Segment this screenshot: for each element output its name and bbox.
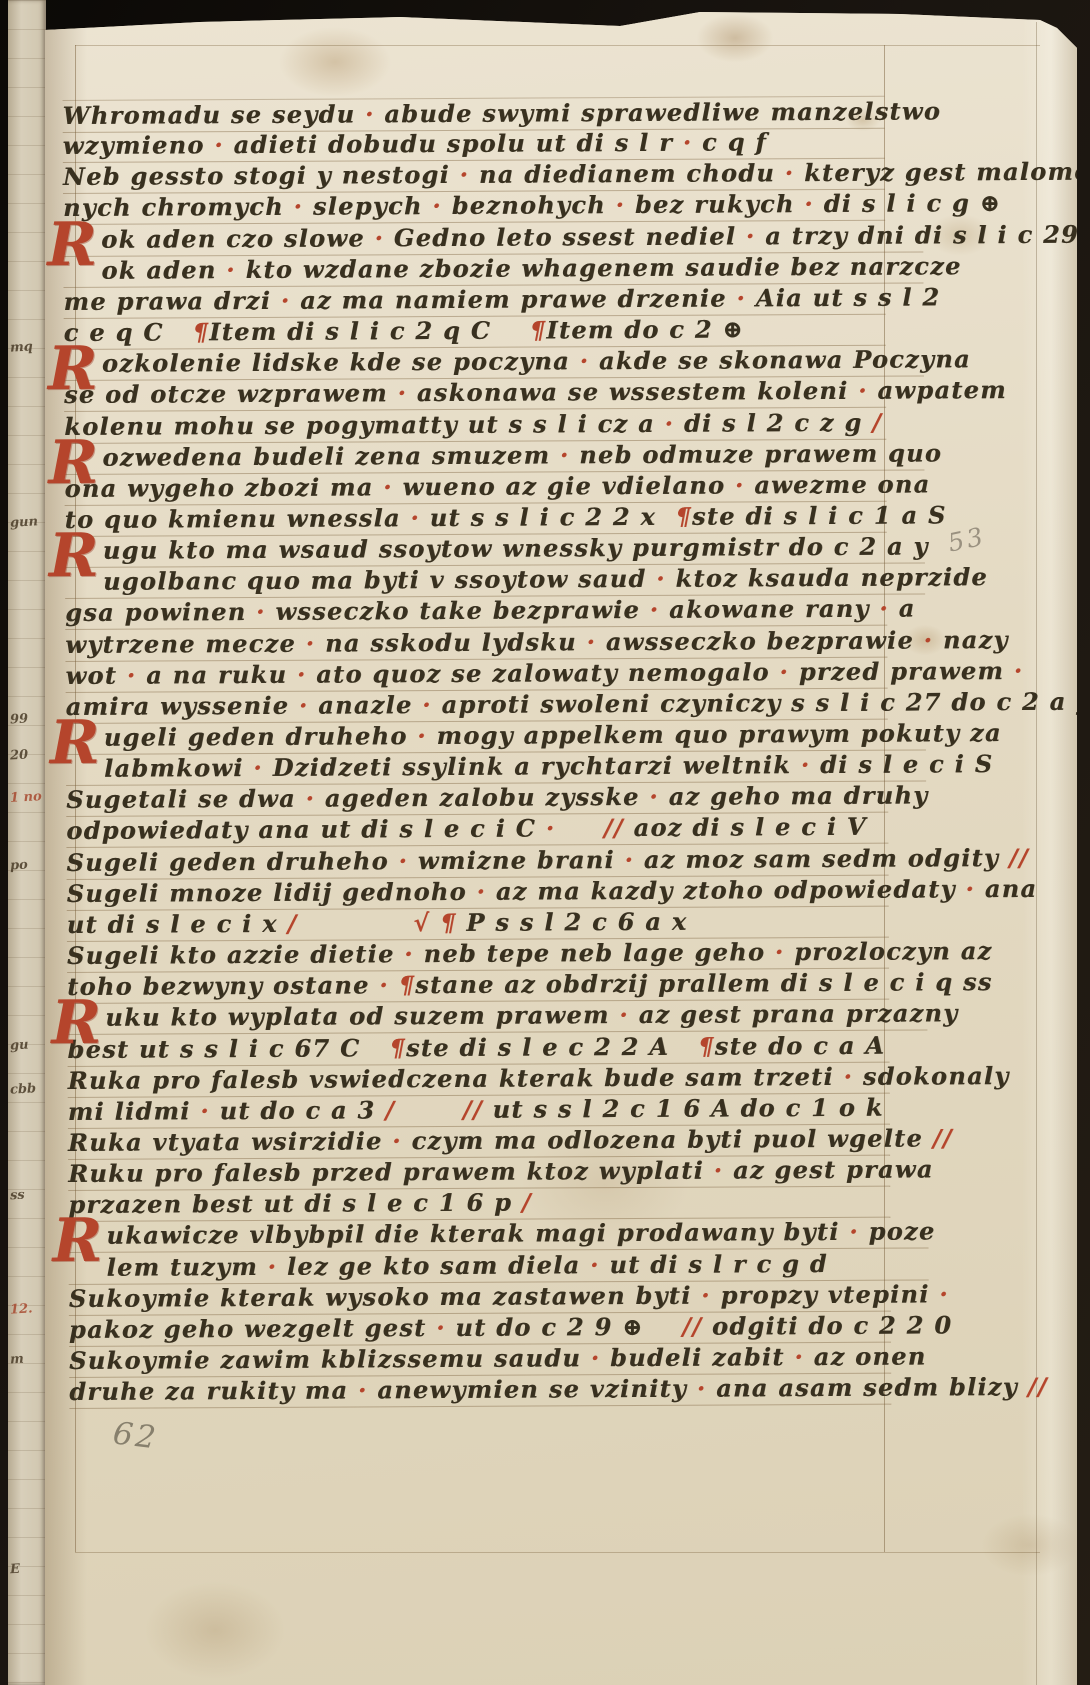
rubric-mark: ·: [714, 1156, 724, 1185]
rubric-mark: ·: [200, 1096, 210, 1125]
line-text: stane az obdrzij prallem di s l e c i q …: [415, 967, 993, 999]
line-text: abude swymi sprawedliwe manzelstwo: [375, 96, 942, 128]
line-text: Aia ut s s l 2: [746, 282, 940, 312]
rubric-mark: ·: [546, 814, 556, 843]
line-text: Neb gessto stogi y nestogi: [63, 160, 460, 191]
line-text: P s s l 2 c 6 a x: [457, 907, 688, 937]
rubric-mark: ·: [858, 376, 868, 405]
rubric-mark: ·: [297, 659, 307, 688]
edge-fragment: 99: [10, 712, 29, 728]
rubric-mark: /: [522, 1188, 532, 1217]
rubric-mark: ·: [374, 223, 384, 252]
line-text: poze: [859, 1217, 936, 1246]
rubric-mark: ·: [591, 1343, 601, 1372]
line-text: neb tepe neb lage geho: [414, 937, 775, 968]
folio-number: 53: [945, 521, 988, 557]
line-text: wytrzene mecze: [65, 628, 305, 658]
line-text: ut di s l r c g d: [600, 1249, 828, 1279]
edge-fragment: cbb: [10, 1081, 37, 1097]
line-text: budeli zabit: [600, 1342, 794, 1372]
line-text: ste di s l i c 1 a S: [692, 500, 947, 530]
line-text: labmkowi: [104, 753, 253, 783]
pencil-page-number: 62: [111, 1415, 161, 1456]
line-text: di s l e c i S: [810, 749, 993, 779]
line-text: wot: [65, 660, 126, 689]
rubric-mark: //: [604, 814, 624, 843]
rubric-mark: ·: [779, 657, 789, 686]
line-text: a: [889, 594, 916, 623]
line-text: nazy: [933, 625, 1009, 654]
line-text: se od otcze wzprawem: [64, 379, 398, 410]
rubric-mark: ·: [392, 1126, 402, 1155]
rubric-mark: ·: [746, 221, 756, 250]
line-text: aoz di s l e c i V: [624, 812, 867, 842]
line-text: ugu kto ma wsaud ssoytow wnessky purgmis…: [103, 532, 929, 565]
line-text: ugolbanc quo ma byti v ssoytow saud: [103, 564, 656, 596]
edge-fragment: gu: [10, 1038, 29, 1054]
rubric-mark: ·: [586, 627, 596, 656]
manuscript-line-42: druhe za rukity ma · anewymien se vzinit…: [69, 1373, 891, 1409]
line-text: ut do c a 3: [210, 1095, 385, 1125]
rubric-mark: ·: [560, 440, 570, 469]
line-text: przed prawem: [789, 656, 1014, 686]
rubric-mark: ·: [398, 846, 408, 875]
line-text: Sugeli mnoze lidij gednoho: [67, 877, 477, 908]
line-text: neb odmuze prawem quo: [569, 438, 942, 469]
line-text: a trzy dni di s l i c 29 f: [755, 219, 1090, 250]
line-text: odpowiedaty ana ut di s l e c i C: [66, 814, 546, 846]
rubric-mark: ·: [256, 597, 266, 626]
rubric-mark: ·: [843, 1062, 853, 1091]
edge-fragment: 1 no: [10, 789, 42, 806]
edge-fragment: 12.: [10, 1301, 33, 1317]
rubric-mark: ·: [404, 939, 414, 968]
rubric-initial-line-30: R: [51, 995, 111, 1058]
rubric-mark: ¶: [440, 908, 457, 937]
text-block: Whromadu se seydu · abude swymi sprawedl…: [62, 0, 892, 1480]
rubric-mark: //: [933, 1123, 953, 1152]
line-text: awpatem: [868, 375, 1007, 405]
line-text: lem tuzym: [107, 1251, 268, 1281]
rubric-mark: ·: [697, 1374, 707, 1403]
line-text: propzy vtepini: [711, 1279, 940, 1309]
rubric-mark: ·: [804, 190, 814, 219]
line-text: anazle: [308, 690, 422, 720]
line-text: Sugeli geden druheho: [66, 846, 398, 877]
rubric-mark: ·: [649, 782, 659, 811]
line-text: czym ma odlozena byti puol wgelte: [402, 1123, 933, 1155]
rubric-mark: ¶: [698, 1031, 715, 1060]
rubric-mark: ·: [1014, 656, 1024, 685]
edge-fragment: gun: [10, 514, 39, 530]
rubric-mark: ·: [590, 1250, 600, 1279]
line-text: az gest prawa: [723, 1155, 933, 1185]
line-text: a na ruku: [136, 659, 297, 689]
line-text: ok aden: [101, 255, 226, 285]
line-text: wsseczko take bezprawie: [266, 595, 650, 626]
line-text: anewymien se vzinity: [368, 1374, 697, 1405]
line-text: Gedno leto ssest nediel: [384, 221, 746, 252]
line-text: Sugetali se dwa: [66, 784, 305, 814]
line-text: kolenu mohu se pogymatty ut s s l i cz a: [64, 408, 665, 440]
rubric-initial-line-15: R: [49, 528, 109, 591]
line-text: ageden zalobu zysske: [315, 782, 649, 813]
line-text: slepych: [303, 192, 432, 222]
line-text: ukawicze vlbybpil die kterak magi prodaw…: [106, 1217, 849, 1250]
edge-fragment: 20: [10, 748, 29, 764]
rubric-mark: ·: [305, 784, 315, 813]
line-text: akde se skonawa Poczyna: [589, 344, 971, 375]
rubric-mark: ·: [477, 877, 487, 906]
line-text: ozwedena budeli zena smuzem: [102, 440, 560, 471]
rubric-initial-line-5: R: [47, 216, 107, 279]
rubric-mark: ¶: [675, 502, 692, 531]
fore-edge-shading: [1051, 0, 1077, 1685]
rubric-mark: //: [463, 1095, 483, 1124]
line-text: aproti swoleni czyniczy s s l i c 27 do …: [432, 686, 1090, 718]
rubric-mark: ·: [683, 128, 693, 157]
rubric-mark: ·: [436, 1313, 446, 1342]
rubric-mark: //: [1009, 843, 1029, 872]
fore-edge-line: [1036, 22, 1037, 1685]
rubric-mark: ·: [879, 594, 889, 623]
ruling-frame-bottom: [75, 1552, 1040, 1553]
rubric-mark: ·: [397, 379, 407, 408]
rubric-initial-line-37: R: [52, 1213, 112, 1276]
line-text: [395, 1095, 463, 1124]
line-text: adieti dobudu spolu ut di s l r: [224, 128, 683, 159]
rubric-mark: ·: [299, 691, 309, 720]
rubric-initial-line-9: R: [48, 341, 108, 404]
line-text: pakoz geho wezgelt gest: [69, 1313, 436, 1344]
rubric-mark: ·: [383, 472, 393, 501]
rubric-mark: ·: [281, 286, 291, 315]
line-text: ona wygeho zbozi ma: [64, 472, 383, 503]
line-text: ato quoz se zalowaty nemogalo: [307, 657, 780, 688]
line-text: Ruku pro falesb przed prawem ktoz wyplat…: [68, 1156, 714, 1188]
line-text: uku kto wyplata od suzem prawem: [105, 1000, 619, 1032]
rubric-mark: ·: [624, 845, 634, 874]
line-text: ktoz ksauda neprzide: [666, 562, 988, 593]
line-text: bez rukych: [625, 190, 804, 220]
line-text: na diedianem chodu: [469, 159, 785, 190]
line-text: ozkolenie lidske kde se poczyna: [102, 346, 580, 378]
line-text: na sskodu lydsku: [315, 627, 586, 657]
line-text: wueno az gie vdielano: [393, 470, 735, 501]
line-text: druhe za rukity ma: [69, 1376, 358, 1407]
rubric-mark: √: [413, 908, 430, 937]
line-text: Item do c 2 ⊕: [546, 314, 744, 344]
line-text: awsseczko bezprawie: [596, 625, 924, 656]
rubric-mark: ·: [775, 937, 785, 966]
rubric-mark: ·: [268, 1251, 278, 1280]
line-text: Item di s l i c 2 q C: [209, 316, 530, 347]
parchment-page: Whromadu se seydu · abude swymi sprawedl…: [45, 0, 1077, 1685]
line-text: Sukoymie zawim kblizssemu saudu: [69, 1343, 591, 1375]
line-text: toho bezwyny ostane: [67, 971, 379, 1002]
line-text: wmizne brani: [408, 845, 624, 875]
line-text: mi lidmi: [68, 1096, 201, 1126]
line-text: Dzidzeti ssylink a rychtarzi weltnik: [263, 750, 801, 782]
rubric-mark: ·: [939, 1279, 949, 1308]
rubric-mark: ·: [656, 564, 666, 593]
line-text: to quo kmienu wnessla: [65, 503, 411, 534]
line-text: ut s s l i c 2 2 x: [420, 502, 675, 532]
rubric-mark: ·: [253, 753, 263, 782]
line-text: di s l i c g ⊕: [814, 189, 1001, 219]
line-text: me prawa drzi: [64, 286, 281, 316]
edge-fragment: ss: [10, 1188, 25, 1204]
line-text: odgiti do c 2 2 0: [702, 1310, 952, 1340]
line-text: az moz sam sedm odgity: [634, 843, 1009, 874]
rubric-mark: ·: [665, 408, 675, 437]
rubric-mark: ·: [735, 470, 745, 499]
rubric-mark: //: [1028, 1372, 1048, 1401]
edge-fragment: m: [10, 1352, 25, 1368]
line-text: az ma namiem prawe drzenie: [290, 283, 736, 314]
manuscript-photo: mqgun99201 nopogucbbss12.mE Whromadu se …: [0, 0, 1090, 1685]
line-text: best ut s s l i c 67 C: [67, 1033, 389, 1064]
line-text: Ruka vtyata wsirzidie: [68, 1126, 392, 1157]
line-text: [555, 814, 603, 843]
rubric-mark: ·: [306, 628, 316, 657]
rubric-mark: ·: [379, 970, 389, 999]
line-text: sdokonaly: [853, 1061, 1010, 1091]
line-text: gsa powinen: [65, 597, 256, 627]
previous-folio-edge: mqgun99201 nopogucbbss12.mE: [8, 0, 46, 1685]
line-text: lez ge kto sam diela: [277, 1250, 590, 1281]
edge-fragment: mq: [10, 339, 34, 355]
line-text: az gest prana przazny: [629, 999, 959, 1030]
line-text: ste di s l e c 2 2 A: [406, 1031, 698, 1062]
line-text: askonawa se wssestem koleni: [407, 376, 858, 407]
rubric-mark: /: [287, 909, 297, 938]
rubric-mark: ·: [432, 191, 442, 220]
line-text: c q f: [692, 127, 767, 156]
line-text: kto wzdane zbozie whagenem saudie bez na…: [236, 251, 962, 284]
rubric-mark: ·: [365, 99, 375, 128]
rubric-mark: ·: [701, 1280, 711, 1309]
line-text: [430, 908, 440, 937]
rubric-initial-line-21: R: [50, 715, 110, 778]
line-text: ugeli geden druheho: [104, 721, 418, 752]
rubric-mark: ·: [417, 721, 427, 750]
line-text: wzymieno: [63, 130, 215, 160]
edge-fragment: po: [10, 858, 29, 874]
line-text: ana: [975, 874, 1037, 903]
edge-fragment: E: [10, 1562, 21, 1577]
line-text: di s l 2 c z g: [674, 407, 872, 437]
line-text: Whromadu se seydu: [63, 99, 366, 130]
line-text: prozloczyn az: [784, 936, 992, 966]
line-text: ut di s l e c i x: [67, 909, 288, 939]
line-text: ana asam sedm blizy: [706, 1372, 1027, 1403]
line-text: przazen best ut di s l e c 1 6 p: [68, 1188, 522, 1219]
rubric-mark: ·: [127, 660, 137, 689]
line-text: az onen: [804, 1341, 927, 1371]
line-text: Sukoymie kterak wysoko ma zastawen byti: [69, 1280, 702, 1312]
rubric-mark: ·: [794, 1342, 804, 1371]
rubric-mark: /: [872, 407, 882, 436]
line-text: beznohych: [442, 191, 616, 221]
rubric-mark: ¶: [530, 316, 547, 345]
line-text: Sugeli kto azzie dietie: [67, 939, 404, 970]
line-text: awezme ona: [745, 469, 931, 499]
line-text: Ruka pro falesb vswiedczena kterak bude …: [68, 1062, 844, 1095]
rubric-mark: ·: [616, 190, 626, 219]
line-text: ut s s l 2 c 1 6 A do c 1 o k: [483, 1093, 884, 1124]
rubric-mark: ·: [422, 690, 432, 719]
rubric-mark: ·: [294, 192, 304, 221]
line-text: mogy appelkem quo prawym pokuty za: [427, 718, 1002, 750]
line-text: ste do c a A: [715, 1030, 886, 1060]
rubric-mark: ·: [924, 625, 934, 654]
rubric-mark: ¶: [193, 317, 210, 346]
rubric-mark: ·: [736, 283, 746, 312]
line-text: ok aden czo slowe: [101, 223, 374, 253]
line-text: kteryz gest malomocz: [794, 157, 1090, 188]
line-text: ut do c 2 9 ⊕: [446, 1312, 683, 1342]
rubric-mark: //: [682, 1312, 702, 1341]
rubric-mark: ¶: [389, 1033, 406, 1062]
line-text: akowane rany: [659, 594, 879, 624]
rubric-mark: ·: [214, 130, 224, 159]
rubric-mark: ·: [650, 595, 660, 624]
line-text: [297, 908, 413, 938]
line-text: az ma kazdy ztoho odpowiedaty: [486, 874, 965, 906]
rubric-mark: ¶: [399, 970, 416, 999]
line-text: az geho ma druhy: [659, 781, 929, 811]
rubric-initial-line-12: R: [48, 434, 108, 497]
rubric-mark: ·: [619, 1000, 629, 1029]
